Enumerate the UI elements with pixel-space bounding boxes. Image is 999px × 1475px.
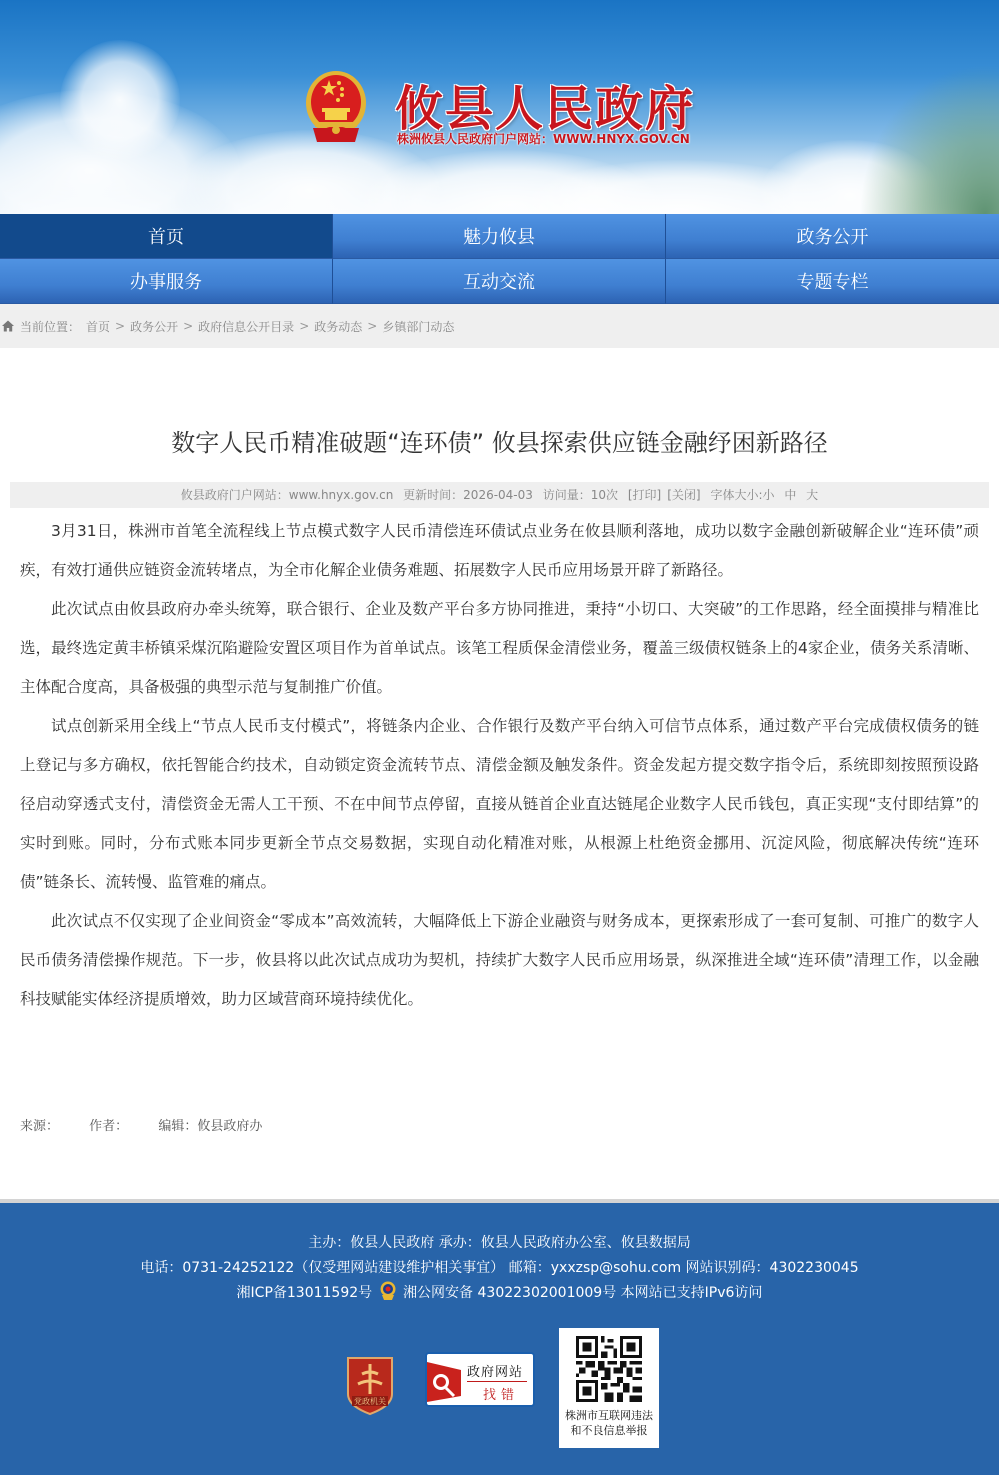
icp-link[interactable]: 湘ICP备13011592号 [237, 1285, 373, 1301]
nav-item-interaction[interactable]: 互动交流 [333, 259, 666, 304]
font-small-button[interactable]: 小 [762, 488, 774, 502]
police-badge-icon [379, 1281, 397, 1301]
national-emblem-icon [305, 70, 367, 146]
footer-badges: 党政机关 政府网站 找错 [0, 1328, 999, 1458]
article-credits: 来源： 作者： 编辑：攸县政府办 [10, 1115, 989, 1139]
breadcrumb-link-home[interactable]: 首页 [86, 318, 110, 335]
site-banner: 攸县人民政府 株洲攸县人民政府门户网站：WWW.HNYX.GOV.CN [0, 0, 999, 214]
breadcrumb-separator: > [299, 319, 309, 333]
breadcrumb: 当前位置： 首页 > 政务公开 > 政府信息公开目录 > 政务动态 > 乡镇部门… [0, 304, 999, 348]
article-title: 数字人民币精准破题“连环债” 攸县探索供应链金融纾困新路径 [10, 426, 989, 460]
illegal-info-report-badge[interactable]: 株洲市互联网违法 和不良信息举报 [559, 1328, 659, 1448]
party-government-badge[interactable]: 党政机关 [344, 1354, 396, 1416]
print-link[interactable]: [打印] [628, 488, 661, 502]
meta-visits: 访问量：10次 [543, 488, 618, 502]
footer-contact: 电话：0731-24252122（仅受理网站建设维护相关事宜） 邮箱：yxxzs… [0, 1256, 999, 1281]
font-large-button[interactable]: 大 [806, 488, 818, 502]
source-label: 来源： [20, 1119, 59, 1134]
breadcrumb-separator: > [367, 319, 377, 333]
breadcrumb-separator: > [183, 319, 193, 333]
nav-item-special-topics[interactable]: 专题专栏 [666, 259, 999, 304]
footer-sponsor: 主办：攸县人民政府 承办：攸县人民政府办公室、攸县数据局 [0, 1231, 999, 1256]
nav-item-services[interactable]: 办事服务 [0, 259, 333, 304]
breadcrumb-prefix: 当前位置： [20, 318, 80, 335]
qr-caption-line-2: 和不良信息举报 [559, 1423, 659, 1438]
site-subtitle: 株洲攸县人民政府门户网站：WWW.HNYX.GOV.CN [397, 130, 690, 147]
error-report-subtitle: 找错 [483, 1384, 519, 1403]
article: 数字人民币精准破题“连环债” 攸县探索供应链金融纾困新路径 攸县政府门户网站：w… [0, 426, 999, 1139]
article-body: 3月31日，株洲市首笔全流程线上节点模式数字人民币清偿连环债试点业务在攸县顺利落… [10, 508, 989, 1019]
breadcrumb-link-info-directory[interactable]: 政府信息公开目录 [198, 318, 294, 335]
article-paragraph: 此次试点不仅实现了企业间资金“零成本”高效流转，大幅降低上下游企业融资与财务成本… [20, 902, 979, 1019]
error-report-title: 政府网站 [467, 1361, 523, 1380]
page: 攸县人民政府 株洲攸县人民政府门户网站：WWW.HNYX.GOV.CN 首页 魅… [0, 0, 999, 1475]
breadcrumb-link-government-affairs[interactable]: 政务公开 [130, 318, 178, 335]
article-paragraph: 3月31日，株洲市首笔全流程线上节点模式数字人民币清偿连环债试点业务在攸县顺利落… [20, 512, 979, 590]
main-nav: 首页 魅力攸县 政务公开 办事服务 互动交流 专题专栏 [0, 214, 999, 304]
article-paragraph: 试点创新采用全线上“节点人民币支付模式”，将链条内企业、合作银行及数产平台纳入可… [20, 707, 979, 902]
article-paragraph: 此次试点由攸县政府办牵头统筹，联合银行、企业及数产平台多方协同推进，秉持“小切口… [20, 590, 979, 707]
editor-label: 编辑：攸县政府办 [158, 1119, 262, 1134]
meta-site: 攸县政府门户网站：www.hnyx.gov.cn [181, 488, 394, 502]
qr-caption-line-1: 株洲市互联网违法 [559, 1408, 659, 1423]
nav-item-government-affairs[interactable]: 政务公开 [666, 214, 999, 259]
ipv6-note: 本网站已支持IPv6访问 [621, 1285, 763, 1301]
police-record-link[interactable]: 湘公网安备 43022302001009号 [403, 1285, 616, 1301]
qr-caption: 株洲市互联网违法 和不良信息举报 [559, 1408, 659, 1438]
website-error-report-badge[interactable]: 政府网站 找错 [425, 1352, 535, 1407]
nav-item-home[interactable]: 首页 [0, 214, 333, 259]
site-title: 攸县人民政府 [395, 70, 695, 139]
breadcrumb-link-government-news[interactable]: 政务动态 [314, 318, 362, 335]
svg-text:党政机关: 党政机关 [354, 1396, 386, 1406]
close-link[interactable]: [关闭] [667, 488, 700, 502]
footer-registration: 湘ICP备13011592号 湘公网安备 43022302001009号 本网站… [0, 1281, 999, 1306]
font-medium-button[interactable]: 中 [784, 488, 796, 502]
qr-code-icon [576, 1336, 642, 1402]
font-size-label: 字体大小: [710, 488, 762, 502]
magnifier-icon [427, 1362, 463, 1402]
nav-item-charm-youxian[interactable]: 魅力攸县 [333, 214, 666, 259]
author-label: 作者： [89, 1119, 128, 1134]
meta-updated: 更新时间：2026-04-03 [403, 488, 533, 502]
breadcrumb-separator: > [115, 319, 125, 333]
article-meta: 攸县政府门户网站：www.hnyx.gov.cn 更新时间：2026-04-03… [10, 482, 989, 508]
site-footer: 主办：攸县人民政府 承办：攸县人民政府办公室、攸县数据局 电话：0731-242… [0, 1203, 999, 1475]
home-icon [2, 320, 14, 332]
party-government-icon: 党政机关 [344, 1354, 396, 1416]
breadcrumb-link-township-news[interactable]: 乡镇部门动态 [382, 318, 454, 335]
